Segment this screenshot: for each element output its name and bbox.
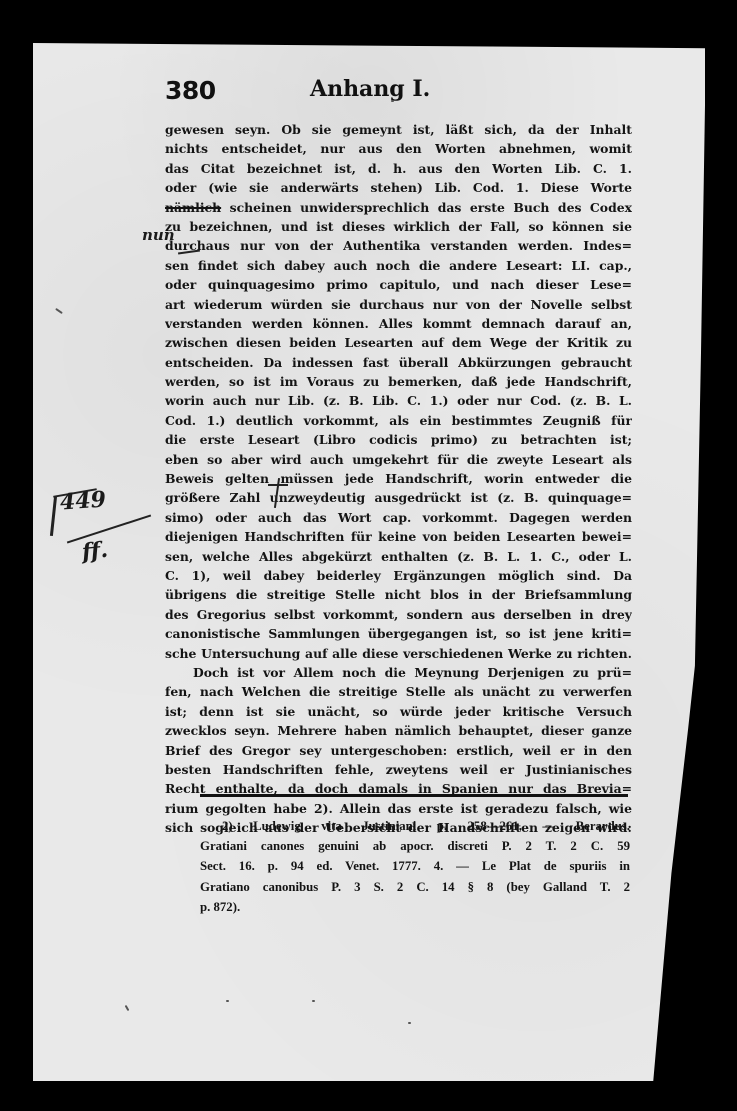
text-line: zwischen diesen beiden Lesearten auf dem…: [165, 333, 632, 352]
text-line: verstanden werden können. Alles kommt de…: [165, 314, 632, 333]
text-line: fen, nach Welchen die streitige Stelle a…: [165, 682, 632, 701]
text-line: oder quinquagesimo primo capitulo, und n…: [165, 275, 632, 294]
handwritten-correction: nun: [142, 226, 175, 244]
text-line: Beweis gelten müssen jede Handschrift, w…: [165, 469, 632, 488]
paper-speck: [408, 1022, 411, 1024]
text-line: zwecklos seyn. Mehrere haben nämlich beh…: [165, 721, 632, 740]
footnote-line: 2) Ludewig vita Justiniani p. 258—261. —…: [200, 816, 630, 836]
struck-word: nämlich: [165, 200, 221, 215]
text-line: das Citat bezeichnet ist, d. h. aus den …: [165, 159, 632, 178]
paper-speck: [391, 100, 394, 102]
text-line: besten Handschriften fehle, zweytens wei…: [165, 760, 632, 779]
page-header: 380 Anhang I.: [165, 76, 635, 112]
text-line: worin auch nur Lib. (z. B. Lib. C. 1.) o…: [165, 391, 632, 410]
text-line: werden, so ist im Voraus zu bemerken, da…: [165, 372, 632, 391]
text-line-with-strike: nämlich scheinen unwidersprechlich das e…: [165, 198, 632, 217]
handwritten-shelfmark: 449: [59, 486, 107, 515]
text-line: art wiederum würden sie durchaus nur von…: [165, 295, 632, 314]
text-line: ist; denn ist sie unächt, so würde jeder…: [165, 702, 632, 721]
text-line: oder (wie sie anderwärts stehen) Lib. Co…: [165, 178, 632, 197]
text-line: canonistische Sammlungen übergegangen is…: [165, 624, 632, 643]
text-line: durchaus nur von der Authentika verstand…: [165, 236, 632, 255]
text-line: größere Zahl unzweydeutig ausgedrückt is…: [165, 488, 632, 507]
text-line: des Gregorius selbst vorkommt, sondern a…: [165, 605, 632, 624]
body-text: gewesen seyn. Ob sie gemeynt ist, läßt s…: [165, 120, 632, 837]
footnote-line: Gratiani canones genuini ab apocr. discr…: [200, 836, 630, 856]
text-line: diejenigen Handschriften für keine von b…: [165, 527, 632, 546]
footnote-line: p. 872).: [200, 897, 630, 917]
text-line: nichts entscheidet, nur aus den Worten a…: [165, 139, 632, 158]
text-line: sche Untersuchung auf alle diese verschi…: [165, 644, 632, 663]
running-head: Anhang I.: [310, 76, 430, 102]
text-line: zu bezeichnen, und ist dieses wirklich d…: [165, 217, 632, 236]
text-line: entscheiden. Da indessen fast überall Ab…: [165, 353, 632, 372]
paragraph-start-line: Doch ist vor Allem noch die Meynung Derj…: [165, 663, 632, 682]
footnote: 2) Ludewig vita Justiniani p. 258—261. —…: [200, 816, 630, 917]
text-line: die erste Leseart (Libro codicis primo) …: [165, 430, 632, 449]
text-line-rest: scheinen unwidersprechlich das erste Buc…: [230, 200, 632, 215]
page-number: 380: [165, 76, 216, 105]
text-line: eben so aber wird auch umgekehrt für die…: [165, 450, 632, 469]
text-line: simo) oder auch das Wort cap. vorkommt. …: [165, 508, 632, 527]
text-line: Brief des Gregor sey untergeschoben: ers…: [165, 741, 632, 760]
paper-speck: [312, 1000, 315, 1002]
footnote-separator: [200, 794, 628, 797]
paper-speck: [226, 1000, 229, 1002]
handwritten-insert-mark: [268, 484, 288, 486]
text-line: übrigens die streitige Stelle nicht blos…: [165, 585, 632, 604]
footnote-line: Gratiano canonibus P. 3 S. 2 C. 14 § 8 (…: [200, 877, 630, 897]
footnote-line: Sect. 16. p. 94 ed. Venet. 1777. 4. — Le…: [200, 856, 630, 876]
text-line: sen findet sich dabey auch noch die ande…: [165, 256, 632, 275]
text-line: sen, welche Alles abgekürzt enthalten (z…: [165, 547, 632, 566]
text-line: gewesen seyn. Ob sie gemeynt ist, läßt s…: [165, 120, 632, 139]
text-line: Cod. 1.) deutlich vorkommt, als ein best…: [165, 411, 632, 430]
handwritten-folio: ff.: [81, 537, 109, 566]
text-line: C. 1), weil dabey beiderley Ergänzungen …: [165, 566, 632, 585]
